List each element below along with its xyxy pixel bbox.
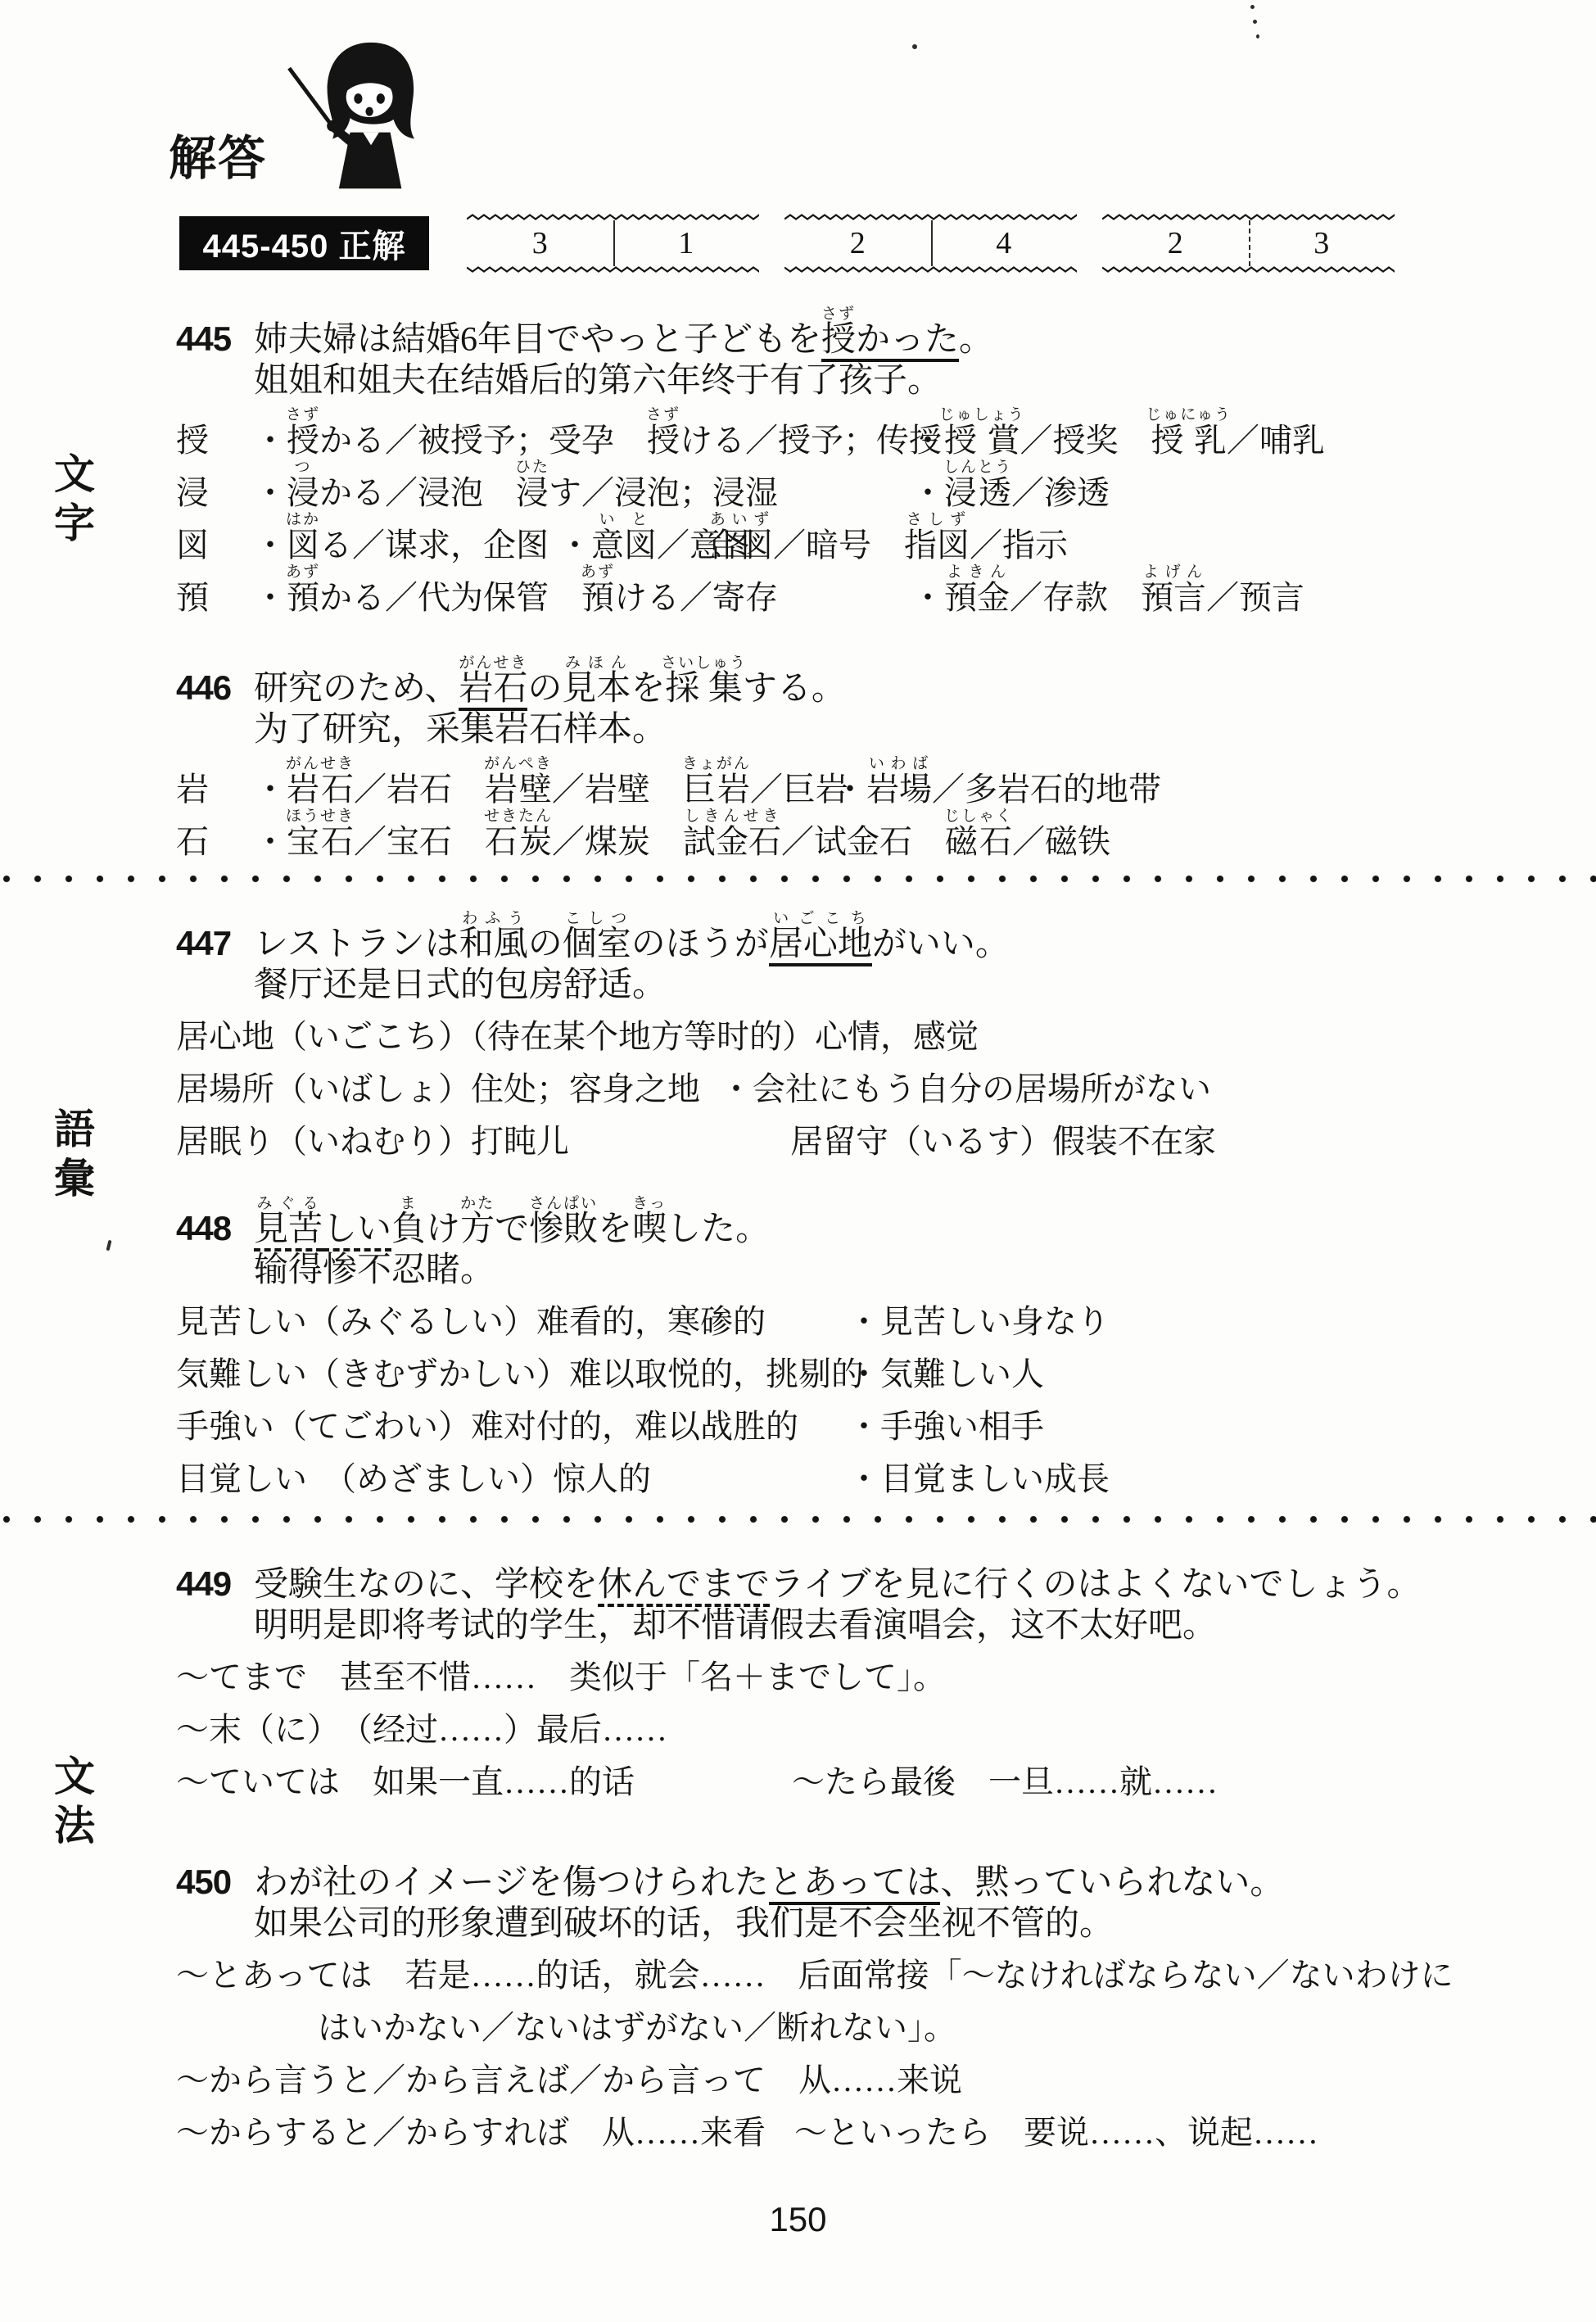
text-segment: ／指示	[970, 527, 1068, 564]
ruby-text: 預あず	[287, 579, 319, 616]
text-segment: かる／浸泡	[319, 474, 516, 511]
entry-cell: ・授さずかる／被授予；受孕 授さずける／授予；传授	[254, 422, 942, 459]
entry-row: 石・宝石ほうせき／宝石 石炭せきたん／煤炭 試金石しきんせき／试金石 磁石じしゃ…	[176, 808, 1527, 860]
question-line: 446研究のため、岩石がんせきの見本みほんを採集さいしゅうする。	[176, 650, 1527, 704]
answers-heading: 解答	[169, 120, 267, 188]
text-segment: ／磁铁	[1012, 823, 1110, 860]
text-segment: け	[426, 1211, 460, 1248]
page-number: 150	[0, 2200, 1596, 2239]
entry-cell: ～からすると／からすれば 从……来看	[176, 2114, 766, 2151]
text-segment: ～とあっては 若是……的话，就会…… 后面常接「～なければならない／ないわけに	[176, 1957, 1454, 1994]
text-segment: ・	[911, 579, 944, 616]
entry-cell: ・預金よきん／存款 預言よげん／预言	[911, 564, 1304, 624]
answer-bar: 445-450 正解 312423	[179, 216, 1395, 270]
ruby-text: 石炭せきたん	[485, 823, 552, 860]
translation-cn: 明明是即将考试的学生，却不惜请假去看演唱会，这不太好吧。	[176, 1600, 1527, 1651]
ruby-text: 浸つ	[287, 474, 319, 511]
question-block-448: 448見苦みぐるしい負まけ方かたで惨敗さんぱいを喫きっした。输得惨不忍睹。見苦し…	[176, 1191, 1527, 1505]
ruby-text: 岩場いわば	[866, 771, 932, 808]
answer-box: 31	[467, 216, 759, 270]
text-segment: る／谋求，企图	[319, 527, 549, 564]
ruby-text: 浸透しんとう	[944, 474, 1011, 511]
entry-row: 預・預あずかる／代为保管 預あずける／寄存・預金よきん／存款 預言よげん／预言	[176, 564, 1527, 616]
entry-row: 気難しい（きむずかしい）难以取悦的，挑剔的・気難しい人	[176, 1348, 1527, 1401]
entry-row: 目覚しい （めざましい）惊人的・目覚ましい成長	[176, 1453, 1527, 1505]
kanji-label: 預	[176, 572, 254, 624]
entry-cell: 居心地（いごこち）（待在某个地方等时的）心情，感觉	[176, 1018, 979, 1055]
answer-value: 2	[784, 216, 931, 270]
text-segment: ・	[254, 823, 287, 860]
dotted-divider	[0, 873, 1596, 885]
dotted-divider	[0, 1514, 1596, 1525]
ruby-text: 惨敗さんぱい	[529, 1211, 598, 1248]
ruby-text: 意図いと	[591, 527, 657, 564]
entry-row: 見苦しい（みぐるしい）难看的，寒碜的・見苦しい身なり	[176, 1296, 1527, 1348]
entry-row: ～からすると／からすれば 从……来看～といったら 要说……、说起……	[176, 2107, 1527, 2159]
translation-cn: 姐姐和姐夫在结婚后的第六年终于有了孩子。	[176, 355, 1527, 406]
entry-cell: ～から言うと／から言えば／から言って 从……来说	[176, 2062, 962, 2098]
text-segment: かる／代为保管	[319, 579, 581, 616]
text-segment: ／授奖	[1020, 422, 1151, 459]
entry-row: 居心地（いごこち）（待在某个地方等时的）心情，感觉	[176, 1011, 1527, 1063]
entry-row: ～てまで 甚至不惜…… 类似于「名＋までして」。	[176, 1651, 1527, 1704]
text-segment: はいかない／ないはずがない／断れない」。	[318, 2009, 956, 2046]
entry-cell: 目覚しい （めざましい）惊人的	[176, 1460, 651, 1497]
text-segment: 研究のため、	[254, 670, 459, 708]
entry-cell: はいかない／ないはずがない／断れない」。	[318, 2002, 956, 2054]
answer-value: 1	[613, 216, 760, 270]
ruby-text: 個室こしつ	[563, 926, 631, 963]
translation-cn: 为了研究，采集岩石样本。	[176, 704, 1527, 755]
text-segment: ・	[254, 474, 287, 511]
ruby-text: 岩石がんせき	[287, 771, 354, 808]
text-segment: わが社のイメージを傷つけられた	[254, 1864, 769, 1902]
text-segment: ・	[254, 771, 287, 808]
text-segment: ～ていては 如果一直……的话	[176, 1763, 635, 1800]
text-segment: ／试金石	[781, 823, 945, 860]
answer-box: 24	[784, 216, 1077, 270]
ruby-text: 預あず	[581, 579, 614, 616]
text-segment: ～末（に） （经过……）最后……	[176, 1711, 667, 1748]
question-block-445: 445姉夫婦は結婚6年目でやっと子どもを授さずかった。姐姐和姐夫在结婚后的第六年…	[176, 301, 1527, 616]
text-segment: ～といったら 要说……、说起……	[794, 2114, 1318, 2151]
translation-cn: 餐厅还是日式的包房舒适。	[176, 960, 1527, 1011]
entry-cell: ・気難しい人	[848, 1348, 1044, 1401]
text-segment: で	[495, 1211, 529, 1248]
entry-cell: 居留守（いるす）假装不在家	[790, 1116, 1216, 1168]
entry-cell: ・図はかる／谋求，企图	[254, 527, 549, 564]
text-segment: 目覚しい （めざましい）惊人的	[176, 1460, 651, 1497]
text-segment: レストランは	[254, 926, 459, 963]
scan-artifact	[1250, 5, 1255, 9]
text-segment: 姉夫婦は結婚6年目でやっと子どもを	[254, 321, 821, 359]
question-number: 445	[176, 301, 254, 377]
text-segment: ・	[254, 527, 287, 564]
question-number: 448	[176, 1191, 254, 1266]
margin-label-goi: 語彙	[39, 1107, 92, 1206]
entry-cell: ・会社にもう自分の居場所がない	[720, 1063, 1211, 1116]
ruby-text: 喫きっ	[632, 1211, 667, 1248]
ruby-text: 授さず	[287, 422, 319, 459]
text-segment: の	[528, 926, 563, 963]
entry-cell: 見苦しい（みぐるしい）难看的，寒碜的	[176, 1303, 766, 1340]
text-segment: の	[527, 670, 562, 708]
text-segment: 手強い（てごわい）难对付的，难以战胜的	[176, 1408, 798, 1445]
entry-cell: 居場所（いばしょ）住处；容身之地	[176, 1070, 700, 1107]
entry-row: ～から言うと／から言えば／から言って 从……来说	[176, 2054, 1527, 2107]
text-segment: 居眠り（いねむり）打盹儿	[176, 1123, 569, 1160]
text-segment: かる／被授予；受孕	[319, 422, 647, 459]
ruby-text: 見本みほん	[562, 670, 631, 708]
teacher-girl-illustration	[277, 36, 472, 197]
text-segment: ／哺乳	[1227, 422, 1325, 459]
entry-cell: ～ていては 如果一直……的话	[176, 1763, 635, 1800]
ruby-text: 和風わふう	[459, 926, 528, 963]
entry-row: はいかない／ないはずがない／断れない」。	[176, 2002, 1527, 2054]
text-segment: ／存款	[1010, 579, 1141, 616]
text-segment: ・気難しい人	[848, 1356, 1044, 1392]
scan-artifact	[106, 1240, 111, 1252]
entry-cell: ・授賞じゅしょう／授奖 授乳じゅにゅう／哺乳	[911, 406, 1325, 467]
ruby-text: 浸ひた	[516, 474, 549, 511]
entry-cell: ・岩石がんせき／岩石 岩壁がんぺき／岩壁 巨岩きょがん／巨岩	[254, 771, 848, 808]
question-line: 449受験生なのに、学校を休んでまでライブを見に行くのはよくないでしょう。	[176, 1546, 1527, 1600]
question-line: 447レストランは和風わふうの個室こしつのほうが居心地いごこちがいい。	[176, 906, 1527, 960]
ruby-text: 負ま	[391, 1211, 426, 1248]
entry-cell: ～たら最後 一旦……就……	[792, 1756, 1218, 1808]
entry-cell: ・手強い相手	[848, 1401, 1044, 1453]
text-segment: ・	[558, 527, 591, 564]
entry-cell: ・浸透しんとう／渗透	[911, 459, 1110, 519]
answer-box: 23	[1102, 216, 1395, 270]
entry-row: 授・授さずかる／被授予；受孕 授さずける／授予；传授・授賞じゅしょう／授奖 授乳…	[176, 406, 1527, 459]
entry-row: 居場所（いばしょ）住处；容身之地・会社にもう自分の居場所がない	[176, 1063, 1527, 1116]
text-segment: ・見苦しい身なり	[848, 1303, 1110, 1340]
text-segment: ／岩石	[354, 771, 485, 808]
answer-value: 3	[467, 216, 613, 270]
entry-cell: ～といったら 要说……、说起……	[794, 2107, 1318, 2159]
text-segment: ・	[834, 771, 866, 808]
entry-cell: ・目覚ましい成長	[848, 1453, 1110, 1505]
ruby-text: 指図さしず	[904, 527, 970, 564]
ruby-text: 居心地いごこち	[769, 926, 872, 966]
entry-row: 浸・浸つかる／浸泡 浸ひたす／浸泡；浸湿・浸透しんとう／渗透	[176, 459, 1527, 511]
question-block-446: 446研究のため、岩石がんせきの見本みほんを採集さいしゅうする。为了研究，采集岩…	[176, 650, 1527, 860]
text-segment: 見苦しい（みぐるしい）难看的，寒碜的	[176, 1303, 766, 1340]
ruby-text: 預言よげん	[1141, 579, 1206, 616]
question-number: 446	[176, 650, 254, 726]
ruby-text: 宝石ほうせき	[287, 823, 354, 860]
text-segment: ・	[254, 422, 287, 459]
entry-row: 図・図はかる／谋求，企图・意図いと／意图合図あいず／暗号 指図さしず／指示	[176, 511, 1527, 564]
text-segment: 居心地（いごこち）（待在某个地方等时的）心情，感觉	[176, 1018, 979, 1055]
answer-range-label: 445-450 正解	[179, 216, 429, 270]
sections: 445姉夫婦は結婚6年目でやっと子どもを授さずかった。姐姐和姐夫在结婚后的第六年…	[176, 301, 1527, 2159]
text-segment: 居留守（いるす）假装不在家	[790, 1123, 1216, 1160]
entry-row: ～末（に） （经过……）最后……	[176, 1704, 1527, 1756]
entry-cell: 合図あいず／暗号 指図さしず／指示	[708, 511, 1068, 572]
text-segment: ・	[254, 579, 287, 616]
text-segment: 居場所（いばしょ）住处；容身之地	[176, 1070, 700, 1107]
ruby-text: 図はか	[287, 527, 319, 564]
question-block-449: 449受験生なのに、学校を休んでまでライブを見に行くのはよくないでしょう。明明是…	[176, 1546, 1527, 1808]
text-segment: ・会社にもう自分の居場所がない	[720, 1070, 1211, 1107]
text-segment: ～てまで 甚至不惜…… 类似于「名＋までして」。	[176, 1659, 946, 1695]
text-segment: ・手強い相手	[848, 1408, 1044, 1445]
text-segment: のほうが	[631, 926, 769, 963]
entry-cell: ・浸つかる／浸泡 浸ひたす／浸泡；浸湿	[254, 474, 778, 511]
text-segment: ／岩壁	[552, 771, 683, 808]
text-segment: ～から言うと／から言えば／から言って 从……来说	[176, 2062, 962, 2098]
entry-row: 居眠り（いねむり）打盹儿居留守（いるす）假装不在家	[176, 1116, 1527, 1168]
answer-value: 4	[931, 216, 1078, 270]
ruby-text: 預金よきん	[944, 579, 1010, 616]
text-segment: ライブを見に行くのはよくないでしょう。	[770, 1566, 1421, 1604]
margin-label-bunpo: 文法	[39, 1754, 92, 1853]
text-segment: を	[598, 1211, 632, 1248]
margin-label-moji: 文字	[39, 452, 92, 550]
text-segment: する。	[743, 670, 846, 708]
question-number: 449	[176, 1546, 254, 1622]
text-segment: ／暗号	[773, 527, 904, 564]
entry-row: ～とあっては 若是……的话，就会…… 后面常接「～なければならない／ないわけに	[176, 1949, 1527, 2002]
ruby-text: 採集さいしゅう	[665, 670, 743, 708]
ruby-text: 授乳じゅにゅう	[1151, 422, 1227, 459]
text-segment: ける／寄存	[614, 579, 778, 616]
answer-groups: 312423	[467, 216, 1395, 270]
scan-artifact	[912, 44, 917, 49]
ruby-text: 方かた	[460, 1211, 495, 1248]
question-line: 450わが社のイメージを傷つけられたとあっては、黙っていられない。	[176, 1844, 1527, 1899]
kanji-label: 石	[176, 816, 254, 868]
entry-cell: ・岩場いわば／多岩石的地带	[834, 755, 1161, 816]
text-segment: ける／授予；传授	[680, 422, 942, 459]
entry-cell: ・見苦しい身なり	[848, 1296, 1110, 1348]
answer-value: 2	[1102, 216, 1249, 270]
ruby-text: 試金石しきんせき	[683, 823, 781, 860]
translation-cn: 输得惨不忍睹。	[176, 1245, 1527, 1296]
text-segment: ／预言	[1206, 579, 1304, 616]
text-segment: 、黙っていられない。	[940, 1864, 1284, 1902]
entry-row: ～ていては 如果一直……的话～たら最後 一旦……就……	[176, 1756, 1527, 1808]
ruby-text: 授賞じゅしょう	[944, 422, 1020, 459]
text-segment: ～からすると／からすれば 从……来看	[176, 2114, 766, 2151]
text-segment: ／渗透	[1011, 474, 1110, 511]
text-segment: がいい。	[872, 926, 1010, 963]
question-block-450: 450わが社のイメージを傷つけられたとあっては、黙っていられない。如果公司的形象…	[176, 1844, 1527, 2159]
text-segment: す／浸泡；浸湿	[549, 474, 778, 511]
ruby-text: 磁石じしゃく	[945, 823, 1012, 860]
text-segment: 受験生なのに、学校を	[254, 1566, 598, 1604]
text-segment: ／煤炭	[552, 823, 683, 860]
entry-row: 手強い（てごわい）难对付的，难以战胜的・手強い相手	[176, 1401, 1527, 1453]
text-segment: ／宝石	[354, 823, 485, 860]
text-segment: した。	[667, 1211, 770, 1248]
translation-cn: 如果公司的形象遭到破坏的话，我们是不会坐视不管的。	[176, 1899, 1527, 1949]
text-segment: ・	[911, 474, 944, 511]
ruby-text: 岩壁がんぺき	[485, 771, 552, 808]
entry-cell: ～末（に） （经过……）最后……	[176, 1711, 667, 1748]
text-segment: ／多岩石的地带	[932, 771, 1161, 808]
question-number: 447	[176, 906, 254, 981]
question-block-447: 447レストランは和風わふうの個室こしつのほうが居心地いごこちがいい。餐厅还是日…	[176, 906, 1527, 1168]
ruby-text: 巨岩きょがん	[683, 771, 750, 808]
question-number: 450	[176, 1844, 254, 1920]
text-segment: ～たら最後 一旦……就……	[792, 1763, 1218, 1800]
text-segment: 気難しい（きむずかしい）难以取悦的，挑剔的	[176, 1356, 864, 1392]
entry-cell: ・預あずかる／代为保管 預あずける／寄存	[254, 579, 778, 616]
entry-cell: ～とあっては 若是……的话，就会…… 后面常接「～なければならない／ないわけに	[176, 1957, 1454, 1994]
text-segment: ・目覚ましい成長	[848, 1460, 1110, 1497]
scan-artifact	[1253, 20, 1257, 24]
scan-artifact	[1256, 34, 1259, 38]
text-segment: 。	[959, 321, 993, 359]
question-line: 448見苦みぐるしい負まけ方かたで惨敗さんぱいを喫きっした。	[176, 1191, 1527, 1245]
question-line: 445姉夫婦は結婚6年目でやっと子どもを授さずかった。	[176, 301, 1527, 355]
entry-cell: ・宝石ほうせき／宝石 石炭せきたん／煤炭 試金石しきんせき／试金石 磁石じしゃく…	[254, 823, 1110, 860]
entry-cell: 手強い（てごわい）难对付的，难以战胜的	[176, 1408, 798, 1445]
entry-cell: ～てまで 甚至不惜…… 类似于「名＋までして」。	[176, 1659, 946, 1695]
entry-row: 岩・岩石がんせき／岩石 岩壁がんぺき／岩壁 巨岩きょがん／巨岩・岩場いわば／多岩…	[176, 755, 1527, 808]
ruby-text: 授さず	[647, 422, 680, 459]
answer-value: 3	[1249, 216, 1395, 270]
ruby-text: 合図あいず	[708, 527, 773, 564]
entry-cell: 気難しい（きむずかしい）难以取悦的，挑剔的	[176, 1356, 864, 1392]
entry-cell: 居眠り（いねむり）打盹儿	[176, 1123, 569, 1160]
